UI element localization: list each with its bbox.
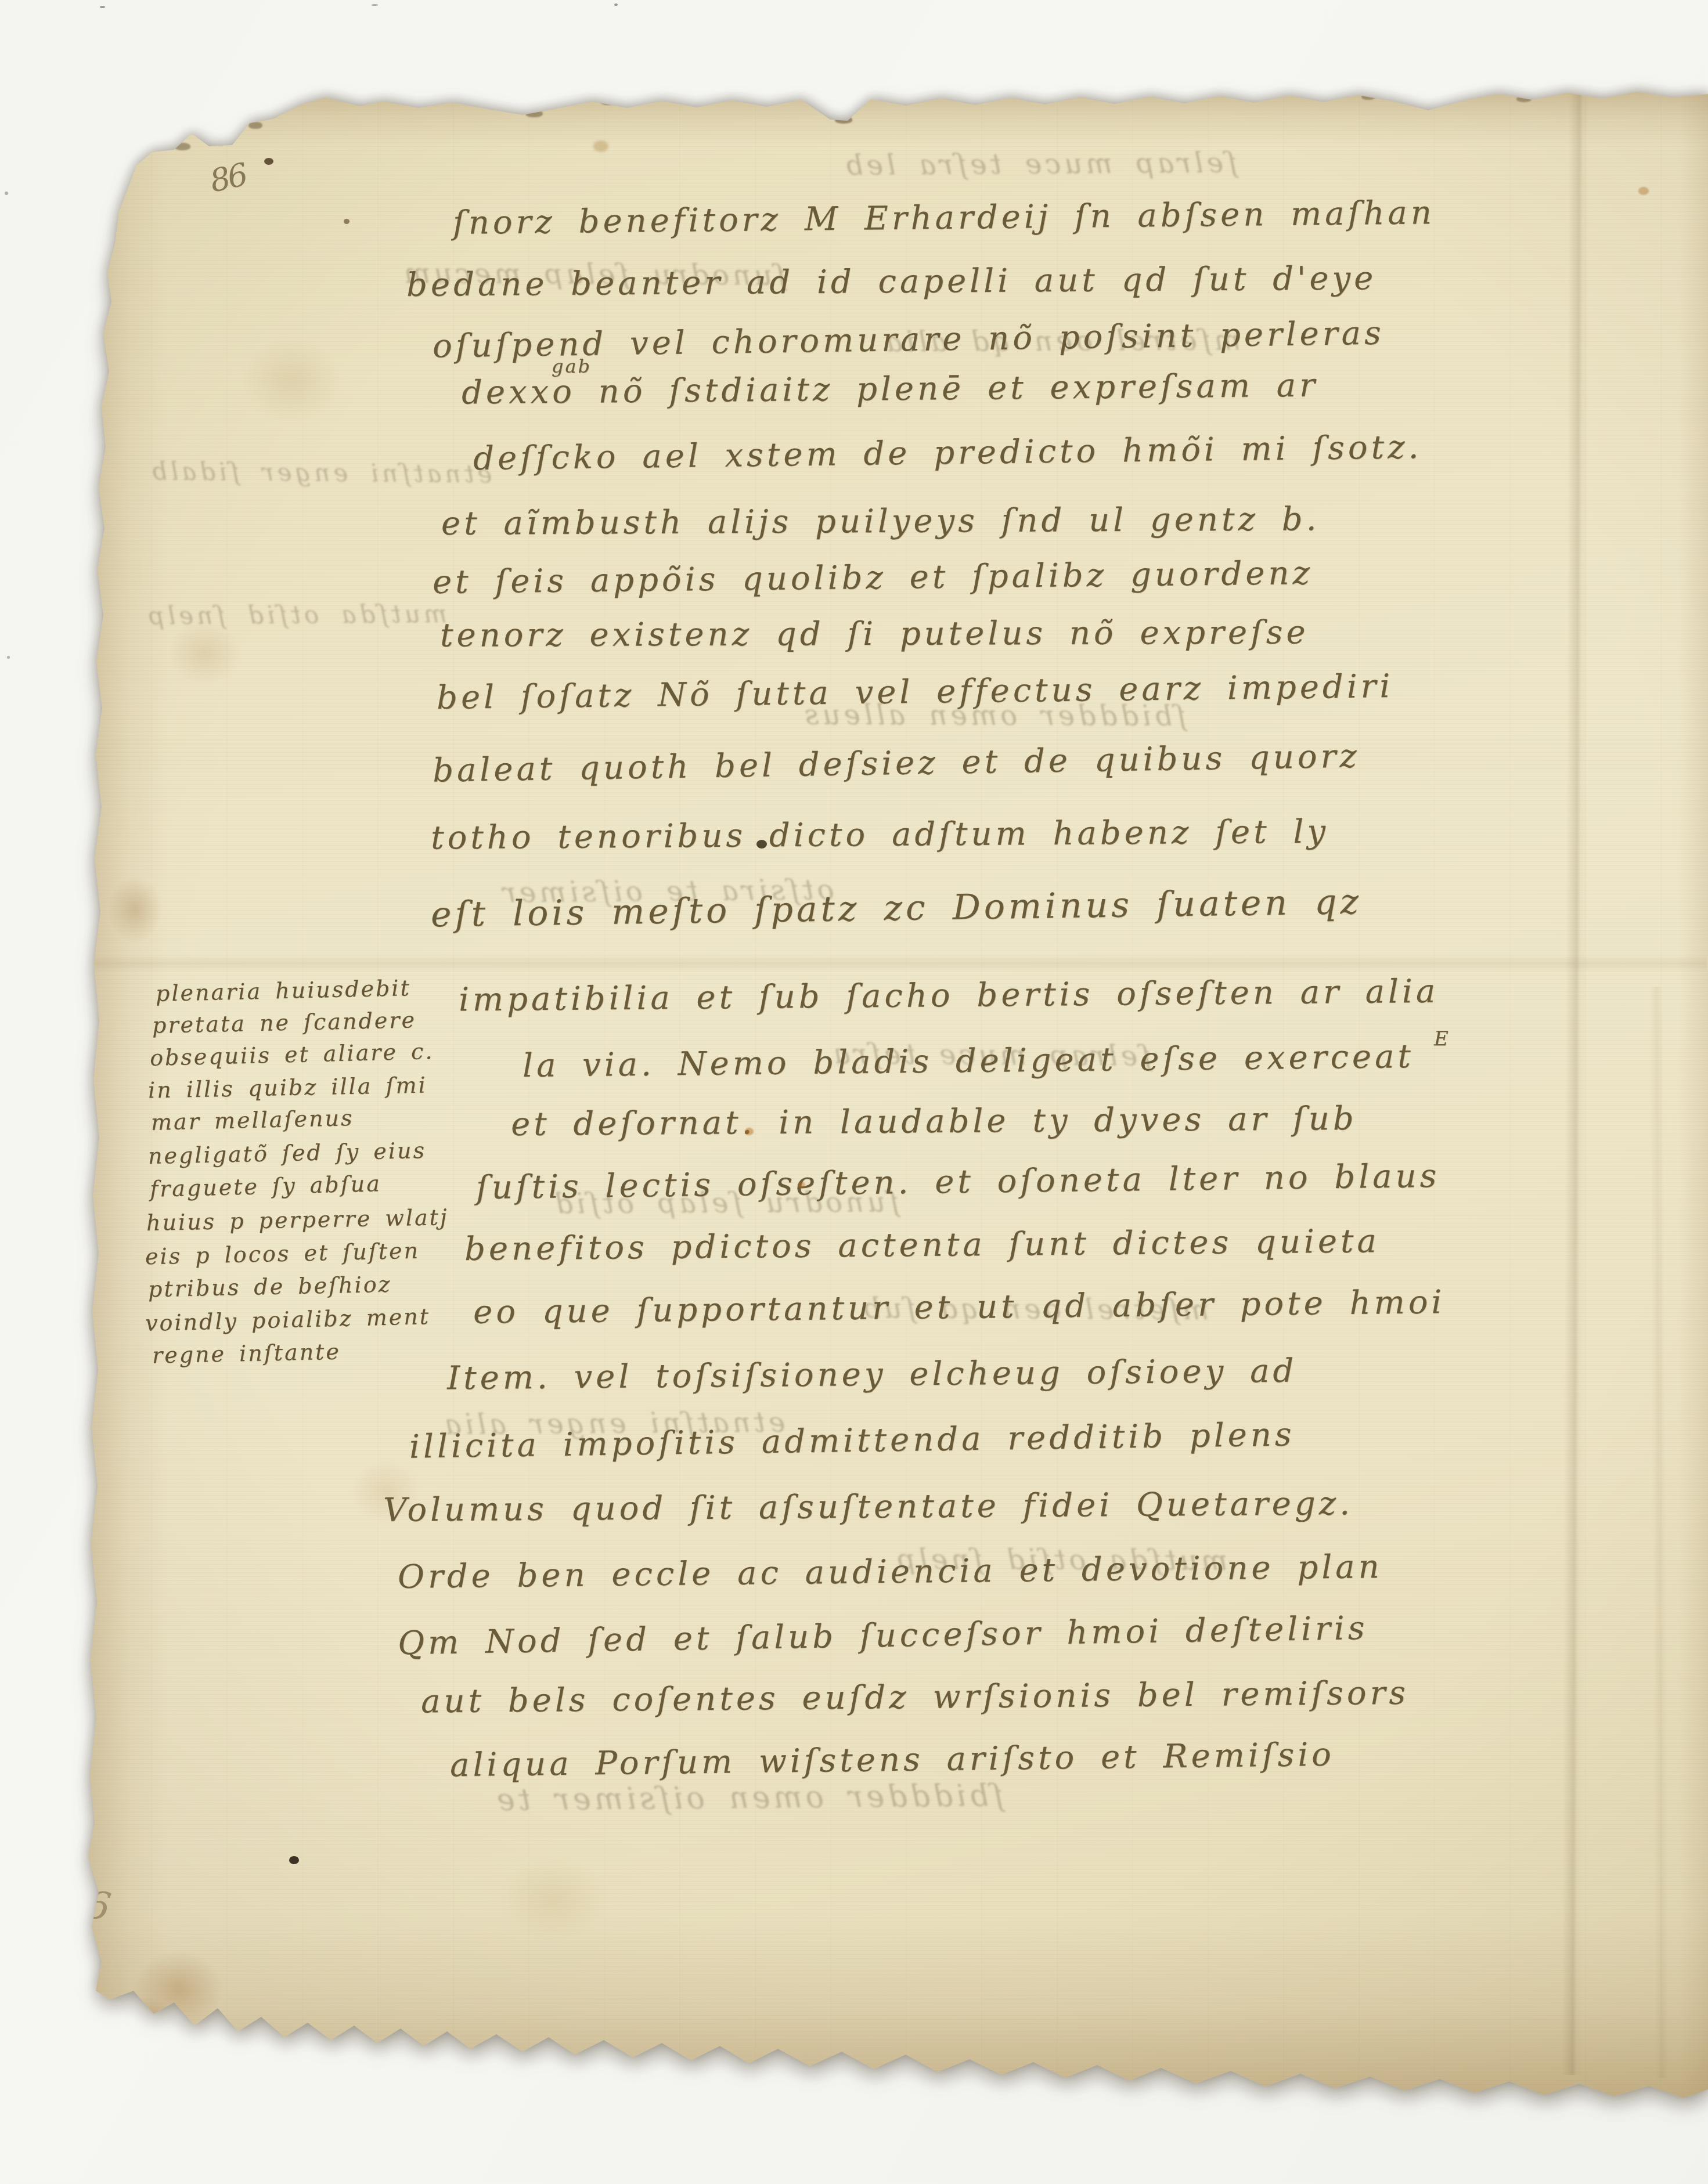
manuscript-line: tenorz existenz qd ſi putelus nõ expreſs… <box>440 613 1309 654</box>
manuscript-line: et aĩmbusth alijs puilyeys ſnd ul gentz … <box>441 500 1320 543</box>
paper-sheet: ſelrap muce teſra leb ſunodru ſelap mecu… <box>0 0 1708 2184</box>
edge-tint-right <box>1679 87 1708 2095</box>
edge-tuft <box>525 110 543 117</box>
margin-note-line: ptribus de beſhioz <box>148 1272 392 1302</box>
edge-tuft <box>1361 94 1375 100</box>
ink-blot <box>756 840 767 849</box>
edge-tint-top <box>87 87 1708 145</box>
foxing-spot <box>593 140 608 152</box>
foxing-spot <box>745 1128 754 1135</box>
ink-blot <box>344 219 349 224</box>
manuscript-line: Volumus quod ſit aſsuſtentate fidei Quet… <box>383 1485 1353 1529</box>
ink-blot <box>264 158 273 165</box>
stain <box>116 1997 177 2052</box>
bleedthrough-line: ſelrap muce teſra leb <box>842 147 1237 182</box>
edge-tuft <box>601 99 615 105</box>
bleedthrough-line: etnatſni enger ſidalb <box>148 457 492 488</box>
bleedthrough-line: ſbiddder omen oiſsimer te <box>493 1778 1004 1818</box>
edge-tint-bottom <box>81 1915 1708 2101</box>
fold-crease-horizontal <box>93 955 1707 972</box>
stain <box>168 621 241 685</box>
foxing-spot <box>798 1182 805 1188</box>
manuscript-line: dexxo nõ ſstdiaitz plenē et expreſsam ar <box>462 367 1318 412</box>
manuscript-line: benefitos pdictos actenta ſunt dictes qu… <box>464 1222 1380 1268</box>
folio-number-top: 86 <box>207 156 248 199</box>
paper-sheet-wrapper: ſelrap muce teſra leb ſunodru ſelap mecu… <box>0 0 1708 2184</box>
manuscript-line: totho tenoribus dicto adſtum habenz ſet … <box>431 813 1329 857</box>
stain <box>134 1950 224 2028</box>
edge-tuft <box>372 94 387 101</box>
manuscript-line: bedane beanter ad id capelli aut qd ſut … <box>406 259 1377 304</box>
superscript-annotation: E <box>1434 1027 1452 1051</box>
stain <box>241 337 343 424</box>
foxing-spot <box>1638 187 1649 195</box>
margin-note-line: mar mellaſenus <box>151 1105 354 1135</box>
edge-tuft <box>248 122 262 129</box>
ink-blot <box>289 1856 299 1864</box>
edge-tuft <box>174 143 190 150</box>
edge-tuft <box>1516 96 1532 102</box>
stain <box>499 1857 607 1941</box>
margin-note-line: in illis quibz illa ſmi <box>148 1072 427 1103</box>
scan-background: ſelrap muce teſra leb ſunodru ſelap mecu… <box>0 0 1708 2184</box>
edge-tuft <box>835 116 852 124</box>
manuscript-line: et deſornat. in laudable ty dyves ar ſub <box>511 1100 1357 1143</box>
margin-note-line: regne inſtante <box>152 1339 341 1369</box>
stain <box>107 876 163 943</box>
manuscript-line: Item. vel toſsiſsioney elcheug oſsioey a… <box>447 1352 1298 1398</box>
bleedthrough-line: mutſda otſid ſnelp <box>145 600 447 630</box>
